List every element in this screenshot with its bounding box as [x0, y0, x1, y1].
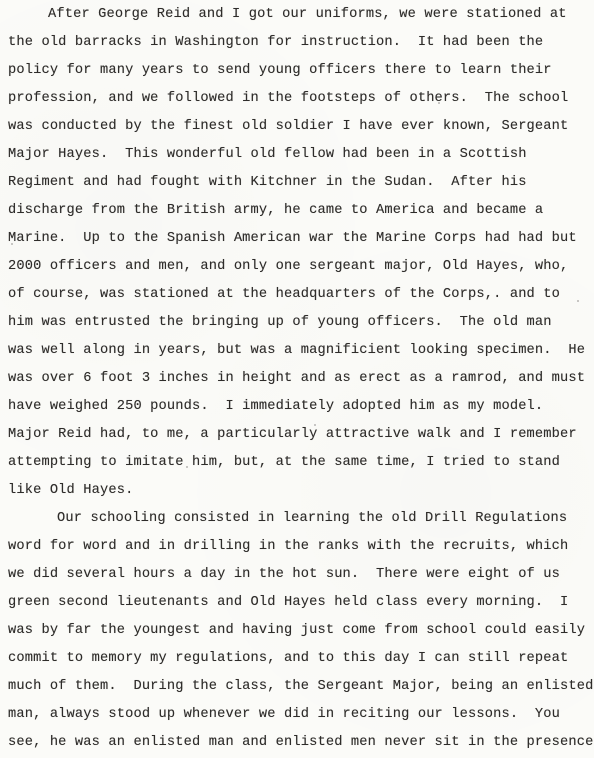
text-line: him was entrusted the bringing up of you… — [8, 309, 594, 337]
text-line: After George Reid and I got our uniforms… — [8, 1, 594, 29]
text-line: was over 6 foot 3 inches in height and a… — [8, 365, 594, 393]
text-line: was well along in years, but was a magni… — [8, 337, 594, 365]
scan-speck — [314, 424, 316, 426]
text-line: green second lieutenants and Old Hayes h… — [8, 589, 594, 617]
text-line: man, always stood up whenever we did in … — [8, 701, 594, 729]
scan-speck — [186, 466, 188, 468]
text-line: was conducted by the finest old soldier … — [8, 113, 594, 141]
paragraph-1: After George Reid and I got our uniforms… — [8, 1, 594, 505]
text-line: much of them. During the class, the Serg… — [8, 673, 594, 701]
text-line: word for word and in drilling in the ran… — [8, 533, 594, 561]
document-page: After George Reid and I got our uniforms… — [0, 0, 594, 758]
text-line: we did several hours a day in the hot su… — [8, 561, 594, 589]
scan-speck — [438, 102, 440, 104]
text-line: profession, and we followed in the foots… — [8, 85, 594, 113]
text-line: policy for many years to send young offi… — [8, 57, 594, 85]
text-line: discharge from the British army, he came… — [8, 197, 594, 225]
text-line: see, he was an enlisted man and enlisted… — [8, 729, 594, 757]
scan-speck — [577, 300, 579, 302]
text-line: of course, was stationed at the headquar… — [8, 281, 594, 309]
text-line: Major Hayes. This wonderful old fellow h… — [8, 141, 594, 169]
text-line: the old barracks in Washington for instr… — [8, 29, 594, 57]
text-line: Our schooling consisted in learning the … — [8, 505, 594, 533]
text-line: have weighed 250 pounds. I immediately a… — [8, 393, 594, 421]
text-line: attempting to imitate him, but, at the s… — [8, 449, 594, 477]
scan-speck — [11, 243, 13, 245]
text-line: Regiment and had fought with Kitchner in… — [8, 169, 594, 197]
text-line: Marine. Up to the Spanish American war t… — [8, 225, 594, 253]
text-line: Major Reid had, to me, a particularly at… — [8, 421, 594, 449]
text-line: 2000 officers and men, and only one serg… — [8, 253, 594, 281]
text-line: commit to memory my regulations, and to … — [8, 645, 594, 673]
text-line: was by far the youngest and having just … — [8, 617, 594, 645]
text-line: like Old Hayes. — [8, 477, 594, 505]
paragraph-2: Our schooling consisted in learning the … — [8, 505, 594, 757]
